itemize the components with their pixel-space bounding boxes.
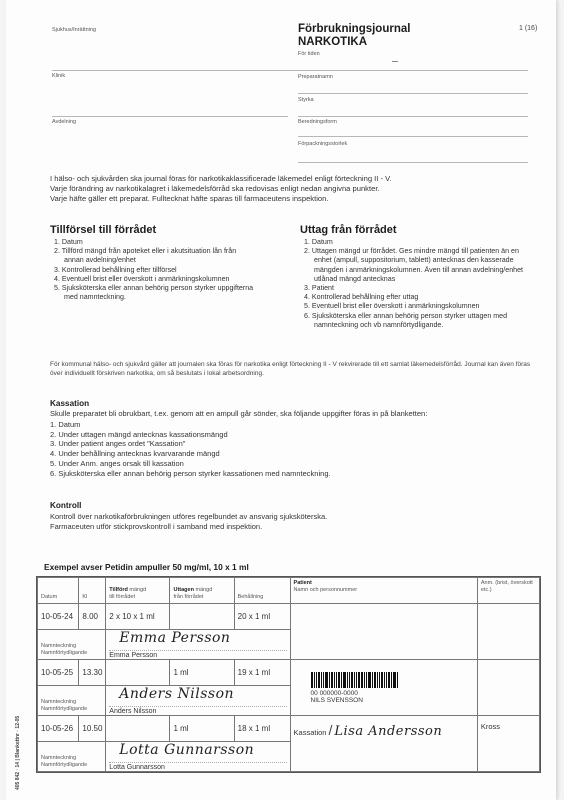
patient-id: 00 000000-0000 [311, 690, 474, 697]
cell-behallning: 18 x 1 ml [234, 716, 290, 742]
table-header-row: Datum Kl Tillförd mängdtill förrådet Utt… [38, 578, 540, 604]
cell-kl: 8.00 [79, 604, 106, 630]
list-item: 6. Sjuksköterska eller annan behörig per… [50, 469, 450, 479]
journal-page: Sjukhus/Inrättning Klinik Avdelning Förb… [6, 0, 556, 800]
sig-cell: Emma Persson Emma Persson [106, 630, 290, 660]
intro-text: I hälso- och sjukvården ska journal föra… [50, 174, 530, 204]
signature: Emma Persson [109, 630, 286, 650]
sig-cell: Lotta Gunnarsson Lotta Gunnarsson [106, 742, 290, 772]
label-namnfortydligande: Namnförtydligande [41, 706, 102, 713]
label-namnteckning: Namnteckning [41, 755, 102, 762]
divider [52, 70, 288, 71]
kontroll-text: Kontroll över narkotikaförbrukningen utf… [50, 512, 530, 532]
cell-patient [290, 604, 477, 660]
barcode-icon [311, 672, 474, 688]
cell-uttagen [170, 604, 234, 630]
page-number: 1 (16) [519, 25, 537, 32]
cell-datum: 10-05-24 [38, 604, 79, 630]
field-label-sjukhus: Sjukhus/Inrättning [52, 27, 96, 33]
col-anm: Anm. (brist, överskott etc.) [477, 578, 539, 604]
patient-name: NILS SVENSSON [311, 697, 474, 704]
sig-labels: NamnteckningNamnförtydligande [38, 686, 106, 716]
kassation-intro: Skulle preparatet bli obrukbart, t.ex. g… [50, 409, 550, 419]
example-table: Datum Kl Tillförd mängdtill förrådet Utt… [36, 576, 541, 773]
list-item: 4. Eventuell brist eller överskott i anm… [54, 275, 254, 284]
kassation-heading: Kassation [50, 399, 89, 408]
col-kl: Kl [79, 578, 106, 604]
field-label-preparatnamn: Preparatnamn [298, 74, 333, 80]
cell-kl: 10.50 [79, 716, 106, 742]
signature: Lotta Gunnarsson [109, 742, 286, 762]
intro-line: Varje förändring av narkotikalagret i lä… [50, 184, 530, 194]
divider [298, 136, 528, 137]
witness-signature: Lisa Andersson [334, 724, 442, 739]
slash-mark: / [328, 722, 332, 738]
tillforsel-list: 1. Datum 2. Tillförd mängd från apoteket… [54, 238, 254, 302]
cell-uttagen: 1 ml [170, 716, 234, 742]
field-label-for-tiden: För tiden [298, 51, 320, 57]
list-item: 3. Patient [304, 284, 536, 293]
list-item: 5. Sjuksköterska eller annan behörig per… [54, 284, 254, 302]
kontroll-line: Kontroll över narkotikaförbrukningen utf… [50, 512, 530, 522]
cell-anm [477, 604, 539, 660]
cell-kl: 13.30 [79, 660, 106, 686]
intro-line: Varje häfte gäller ett preparat. Fulltec… [50, 194, 530, 204]
printed-name: Lotta Gunnarsson [109, 762, 286, 771]
cell-patient: Kassation / Lisa Andersson [290, 716, 477, 772]
cell-tillford: 2 x 10 x 1 ml [106, 604, 170, 630]
table-row: 10-05-25 13.30 1 ml 19 x 1 ml 00 000000-… [38, 660, 540, 686]
list-item: 1. Datum [50, 420, 450, 430]
divider [298, 162, 528, 163]
list-item: 2. Under uttagen mängd antecknas kassati… [50, 430, 450, 440]
col-uttagen-bold: Uttagen [173, 587, 193, 593]
col-behallning: Behållning [234, 578, 290, 604]
cell-behallning: 19 x 1 ml [234, 660, 290, 686]
form-subtitle: NARKOTIKA [298, 36, 367, 49]
col-uttagen: Uttagen mängdfrån förrådet [170, 578, 234, 604]
kontroll-line: Farmaceuten utför stickprovskontroll i s… [50, 522, 530, 532]
signature: Anders Nilsson [109, 686, 286, 706]
printed-name: Emma Persson [109, 650, 286, 659]
divider [298, 93, 528, 94]
col-patient-sub: Namn och personnummer [294, 587, 358, 593]
col-patient-bold: Patient [294, 580, 312, 586]
list-item: 3. Kontrollerad behållning efter tillför… [54, 266, 254, 275]
table-row: 10-05-26 10.50 1 ml 18 x 1 ml Kassation … [38, 716, 540, 742]
list-item: 4. Kontrollerad behållning efter uttag [304, 293, 536, 302]
divider [52, 116, 288, 117]
col-datum: Datum [38, 578, 79, 604]
divider [298, 116, 528, 117]
cell-datum: 10-05-25 [38, 660, 79, 686]
cell-patient: 00 000000-0000 NILS SVENSSON [290, 660, 477, 716]
cell-anm [477, 660, 539, 716]
intro-line: I hälso- och sjukvården ska journal föra… [50, 174, 530, 184]
col-patient: PatientNamn och personnummer [290, 578, 477, 604]
sig-labels: NamnteckningNamnförtydligande [38, 630, 106, 660]
form-number-vertical: 405 842 · 14 | Blankettnr · 12-05 [15, 716, 21, 790]
list-item: 2. Uttagen mängd ur förrådet. Ges mindre… [304, 247, 536, 284]
kassation-list: 1. Datum 2. Under uttagen mängd anteckna… [50, 420, 450, 478]
col-tillford: Tillförd mängdtill förrådet [106, 578, 170, 604]
table-row: 10-05-24 8.00 2 x 10 x 1 ml 20 x 1 ml [38, 604, 540, 630]
list-item: 5. Eventuell brist eller överskott i anm… [304, 302, 536, 311]
list-item: 4. Under behållning antecknas kvarvarand… [50, 449, 450, 459]
cell-tillford [106, 660, 170, 686]
col-tillford-bold: Tillförd [109, 587, 128, 593]
dash [392, 61, 398, 62]
label-namnfortydligande: Namnförtydligande [41, 650, 102, 657]
label-namnteckning: Namnteckning [41, 699, 102, 706]
form-title: Förbrukningsjournal [298, 23, 410, 36]
list-item: 3. Under patient anges ordet "Kassation" [50, 439, 450, 449]
cell-anm: Kross [477, 716, 539, 772]
cell-datum: 10-05-26 [38, 716, 79, 742]
tillforsel-heading: Tillförsel till förrådet [50, 224, 156, 236]
list-item: 5. Under Anm. anges orsak till kassation [50, 459, 450, 469]
label-namnteckning: Namnteckning [41, 643, 102, 650]
col-tillford-sub: till förrådet [109, 594, 135, 600]
cell-behallning: 20 x 1 ml [234, 604, 290, 630]
printed-name: Anders Nilsson [109, 706, 286, 715]
divider [288, 70, 528, 71]
list-item: 6. Sjuksköterska eller annan behörig per… [304, 312, 536, 330]
field-label-avdelning: Avdelning [52, 119, 76, 125]
list-item: 1. Datum [54, 238, 254, 247]
uttag-list: 1. Datum 2. Uttagen mängd ur förrådet. G… [304, 238, 536, 330]
sig-labels: NamnteckningNamnförtydligande [38, 742, 106, 772]
field-label-beredningsform: Beredningsform [298, 119, 337, 125]
field-label-styrka: Styrka [298, 97, 314, 103]
uttag-heading: Uttag från förrådet [300, 224, 397, 236]
kontroll-heading: Kontroll [50, 501, 81, 510]
list-item: 2. Tillförd mängd från apoteket eller i … [54, 247, 254, 265]
sig-cell: Anders Nilsson Anders Nilsson [106, 686, 290, 716]
cell-uttagen: 1 ml [170, 660, 234, 686]
list-item: 1. Datum [304, 238, 536, 247]
cell-tillford [106, 716, 170, 742]
example-heading: Exempel avser Petidin ampuller 50 mg/ml,… [44, 562, 249, 572]
field-label-klinik: Klinik [52, 73, 65, 79]
col-tillford-rest: mängd [129, 587, 146, 593]
kassation-label: Kassation [294, 728, 327, 737]
label-namnfortydligande: Namnförtydligande [41, 762, 102, 769]
col-uttagen-sub: från förrådet [173, 594, 203, 600]
col-uttagen-rest: mängd [195, 587, 212, 593]
field-label-forpackningsstorlek: Förpackningsstorlek [298, 141, 347, 147]
kommunal-text: För kommunal hälso- och sjukvård gäller … [50, 360, 540, 378]
